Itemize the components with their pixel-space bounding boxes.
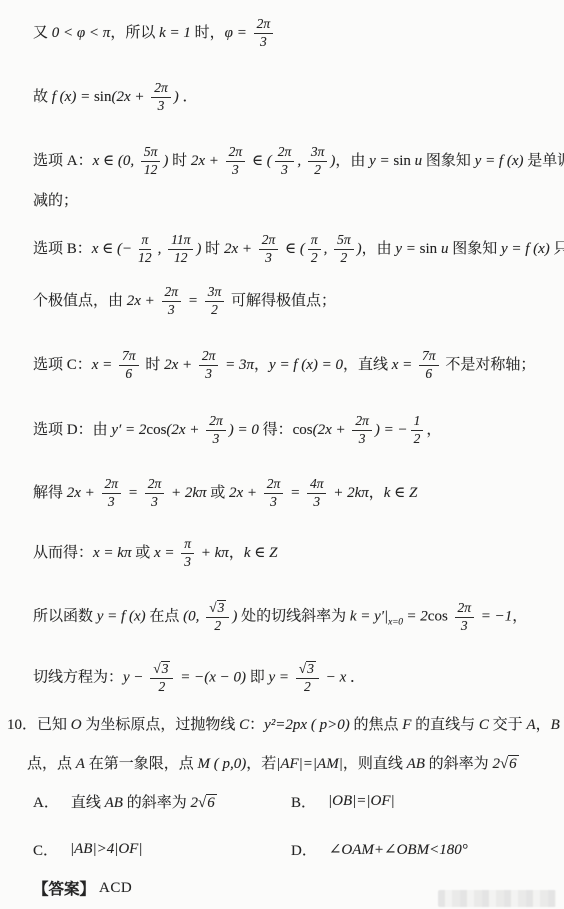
fraction: 7π6 (119, 349, 139, 382)
fraction-denominator: 2 (156, 679, 169, 695)
text-run: ，由 (362, 240, 396, 256)
fraction: 2π3 (151, 81, 171, 114)
fraction: 5π2 (334, 233, 354, 266)
text-run: 的斜率为 (425, 756, 493, 772)
fraction-numerator: 2π (206, 414, 226, 431)
math-run: |OB|=|OF| (328, 793, 395, 809)
line-option-b-cont: 个极值点，由 2x + 2π3 = 3π2 可解得极值点； (33, 278, 558, 324)
fraction-denominator: 3 (181, 554, 194, 570)
radical-sign-icon: √ (209, 601, 216, 616)
fraction-numerator: 2π (254, 17, 274, 34)
math-run: ∈ ( (281, 240, 305, 256)
fraction-numerator: 11π (168, 233, 193, 250)
option-label: B． (291, 791, 316, 812)
math-run: x = (392, 356, 416, 372)
text-run: sin (420, 240, 441, 256)
math-run: , (158, 240, 166, 256)
fraction: √32 (206, 600, 229, 634)
math-run: k ∈ Z (244, 544, 278, 560)
text-run: cos (428, 608, 452, 624)
sqrt-expression: 2√6 (492, 755, 518, 772)
fraction: 2π3 (455, 601, 475, 634)
text-run: 又 (33, 24, 52, 40)
fraction: 2π3 (254, 17, 274, 50)
fraction: 4π3 (307, 477, 327, 510)
line-tangent-equation: 切线方程为：y − √32 = −(x − 0) 即 y = √32 − x ． (33, 654, 558, 702)
text-run: 选项 A： (33, 152, 93, 168)
math-run: − x (322, 669, 346, 685)
math-run: B (551, 717, 560, 733)
math-run: y − (123, 669, 147, 685)
option-d: D．∠OAM+∠OBM<180° (291, 832, 558, 866)
radical-sign-icon: √ (299, 662, 306, 677)
math-run: 2x + (164, 356, 196, 372)
fraction: 2π3 (259, 233, 279, 266)
math-run: x ∈ (0, (93, 152, 138, 168)
fraction-numerator: 2π (275, 145, 295, 162)
math-run: C (479, 717, 489, 733)
math-run: + kπ (197, 544, 229, 560)
math-run: y = f (x) (475, 152, 524, 168)
line-x-solutions: 从而得：x = kπ 或 x = π3 + kπ，k ∈ Z (33, 530, 558, 576)
text-run: 的直线与 (411, 717, 479, 733)
fraction-denominator: 12 (141, 162, 161, 178)
radicand: 3 (161, 661, 171, 677)
math-run: |AB|>4|OF| (70, 841, 142, 857)
math-run: + 2kπ (329, 484, 368, 500)
fraction-numerator: √3 (296, 661, 319, 679)
line-content: |AB|>4|OF| (70, 841, 142, 858)
math-run: C (239, 717, 249, 733)
math-run: = (124, 484, 142, 500)
line-content: 个极值点，由 2x + 2π3 = 3π2 可解得极值点； (33, 285, 336, 318)
fraction-denominator: 2 (211, 618, 224, 634)
fraction-denominator: 3 (257, 34, 270, 50)
math-run: A (76, 756, 85, 772)
fraction: 12 (411, 414, 424, 447)
fraction-denominator: 3 (278, 162, 291, 178)
fraction: 2π3 (352, 414, 372, 447)
text-run: sin (94, 88, 112, 104)
line-phi-solution: 又 0 < φ < π，所以 k = 1 时，φ = 2π3 (33, 10, 558, 56)
math-run: x ∈ (− (92, 240, 132, 256)
radical-sign-icon: √ (198, 795, 206, 811)
radicand: 6 (206, 794, 217, 811)
fraction-numerator: 3π (205, 285, 225, 302)
text-run: 时 (168, 152, 191, 168)
math-run: = 3π (221, 356, 254, 372)
math-run: φ = (225, 24, 251, 40)
fraction-numerator: √3 (150, 661, 173, 679)
math-run: F (402, 717, 411, 733)
text-run: ， (512, 608, 527, 624)
line-content: 从而得：x = kπ 或 x = π3 + kπ，k ∈ Z (33, 537, 277, 570)
math-run: x = kπ (93, 544, 131, 560)
text-run: 时 (201, 240, 224, 256)
text-run: ． (346, 669, 365, 685)
math-run: M ( p,0) (197, 756, 246, 772)
math-run: + 2kπ (167, 484, 206, 500)
fraction-numerator: 7π (119, 349, 139, 366)
line-content: 点，点 A 在第一象限，点 M ( p,0)，若|AF|=|AM|，则直线 AB… (27, 752, 519, 773)
math-run: ∠OAM+∠OBM<180° (329, 842, 468, 858)
math-run: O (71, 717, 82, 733)
sqrt-coefficient: 2 (190, 795, 198, 811)
fraction: π12 (135, 233, 155, 266)
text-run: 处的切线斜率为 (237, 608, 350, 624)
math-run: k = y′| (350, 608, 388, 624)
math-run: AB (407, 756, 425, 772)
math-run: A (526, 717, 535, 733)
fraction-numerator: 5π (141, 145, 161, 162)
text-run: 即 (246, 669, 269, 685)
math-run: y = (369, 152, 393, 168)
fraction-numerator: 2π (226, 145, 246, 162)
fraction: 11π12 (168, 233, 193, 266)
math-run: ∈ ( (248, 152, 272, 168)
text-run: 从而得： (33, 544, 93, 560)
text-run: ，所以 (110, 24, 159, 40)
text-run: 10．已知 (7, 717, 71, 733)
math-run: 2x + (229, 484, 261, 500)
text-run: 个极值点，由 (33, 292, 127, 308)
math-run: y = (269, 669, 293, 685)
math-run: k = 1 (159, 24, 191, 40)
math-run: = −(x − 0) (176, 669, 246, 685)
fraction-numerator: π (181, 537, 194, 554)
line-content: 切线方程为：y − √32 = −(x − 0) 即 y = √32 − x ． (33, 661, 365, 695)
fraction-denominator: 3 (165, 302, 178, 318)
line-content: 减的； (33, 189, 78, 210)
text-run: 是单调递 (524, 152, 564, 168)
math-run: k ∈ Z (384, 484, 418, 500)
math-run: 2x + (224, 240, 256, 256)
fraction-numerator: 2π (199, 349, 219, 366)
text-run: 得： (259, 421, 293, 437)
fraction-numerator: 2π (352, 414, 372, 431)
line-option-a-cont: 减的； (33, 188, 558, 210)
line-content: 直线 AB 的斜率为 2√6 (71, 791, 217, 812)
fraction-denominator: 6 (122, 366, 135, 382)
option-label: D． (291, 839, 317, 860)
fraction-denominator: 3 (262, 250, 275, 266)
text-run: 在点 (146, 608, 184, 624)
text-run: 两 (560, 717, 564, 733)
text-run: ， (229, 544, 244, 560)
fraction: √32 (150, 661, 173, 695)
document-body: 又 0 < φ < π，所以 k = 1 时，φ = 2π3故 f (x) = … (0, 0, 564, 900)
fraction-denominator: 3 (210, 431, 223, 447)
fraction-denominator: 3 (148, 494, 161, 510)
fraction-numerator: 5π (334, 233, 354, 250)
text-run: ，由 (335, 152, 369, 168)
text-run: 减的； (33, 193, 78, 209)
option-label: C． (33, 839, 58, 860)
text-run: 为坐标原点，过抛物线 (82, 717, 240, 733)
line-solve-equation: 解得 2x + 2π3 = 2π3 + 2kπ 或 2x + 2π3 = 4π3… (33, 470, 558, 516)
fraction-numerator: 2π (162, 285, 182, 302)
math-run: ) = − (375, 421, 408, 437)
fraction: 2π3 (145, 477, 165, 510)
text-run: 或 (131, 544, 154, 560)
fraction: 2π3 (199, 349, 219, 382)
math-run: 0 < φ < π (52, 24, 111, 40)
option-label: A． (33, 791, 59, 812)
line-content: ∠OAM+∠OBM<180° (329, 840, 468, 859)
text-run: 选项 B： (33, 240, 92, 256)
line-option-a: 选项 A：x ∈ (0, 5π12) 时 2x + 2π3 ∈ (2π3, 3π… (33, 136, 558, 186)
text-run: 故 (33, 88, 52, 104)
math-run: (2x + (313, 421, 350, 437)
fraction: 2π3 (206, 414, 226, 447)
text-run: 时， (191, 24, 225, 40)
subscript: x=0 (388, 617, 402, 627)
math-run: = 2 (403, 608, 428, 624)
fraction-numerator: 2π (264, 477, 284, 494)
fraction: √32 (296, 661, 319, 695)
text-run: 所以函数 (33, 608, 97, 624)
radicand: 3 (217, 600, 227, 616)
text-run: 选项 D：由 (33, 421, 111, 437)
fraction-numerator: 4π (307, 477, 327, 494)
fraction-denominator: 3 (229, 162, 242, 178)
text-run: ． (179, 88, 198, 104)
option-b: B．|OB|=|OF| (291, 784, 558, 818)
math-run: , (324, 240, 332, 256)
math-run: = (286, 484, 304, 500)
math-run: y = f (x) (501, 240, 550, 256)
fraction-denominator: 2 (308, 250, 321, 266)
math-run: y = f (x) = 0 (269, 356, 343, 372)
fraction: 7π6 (419, 349, 439, 382)
math-run: , (297, 152, 305, 168)
line-content: 选项 A：x ∈ (0, 5π12) 时 2x + 2π3 ∈ (2π3, 3π… (33, 145, 564, 178)
text-run: cos (293, 421, 313, 437)
text-run: ： (249, 717, 264, 733)
text-run: 的焦点 (350, 717, 403, 733)
math-run: 2x + (67, 484, 99, 500)
fraction: 2π3 (275, 145, 295, 178)
text-run: ，直线 (343, 356, 392, 372)
fraction: π2 (308, 233, 321, 266)
text-run: 或 (207, 484, 230, 500)
line-content: 10．已知 O 为坐标原点，过抛物线 C：y²=2px ( p>0) 的焦点 F… (7, 713, 564, 734)
fraction: 5π12 (141, 145, 161, 178)
line-option-b: 选项 B：x ∈ (−π12, 11π12) 时 2x + 2π3 ∈ (π2,… (33, 224, 558, 274)
text-run: 直线 (71, 795, 105, 811)
text-run: 在第一象限，点 (85, 756, 198, 772)
blurred-watermark (438, 890, 556, 907)
text-run: ，若 (246, 756, 276, 772)
option-a: A．直线 AB 的斜率为 2√6 (33, 784, 291, 818)
math-run: (2x + (111, 88, 148, 104)
fraction-numerator: 2π (151, 81, 171, 98)
fraction-denominator: 3 (267, 494, 280, 510)
fraction-numerator: 7π (419, 349, 439, 366)
line-question-10-cont: 点，点 A 在第一象限，点 M ( p,0)，若|AF|=|AM|，则直线 AB… (27, 746, 558, 778)
math-run: AB (105, 795, 123, 811)
line-question-10: 10．已知 O 为坐标原点，过抛物线 C：y²=2px ( p>0) 的焦点 F… (7, 708, 558, 738)
line-content: 又 0 < φ < π，所以 k = 1 时，φ = 2π3 (33, 17, 276, 50)
question-10-options: A．直线 AB 的斜率为 2√6B．|OB|=|OF|C．|AB|>4|OF|D… (33, 784, 558, 866)
fraction-numerator: 2π (259, 233, 279, 250)
math-run: y′ = 2 (111, 421, 146, 437)
radical-sign-icon: √ (153, 662, 160, 677)
line-content: 所以函数 y = f (x) 在点 (0, √32) 处的切线斜率为 k = y… (33, 600, 527, 634)
text-run: 时 (142, 356, 165, 372)
fraction-denominator: 6 (422, 366, 435, 382)
text-run: 解得 (33, 484, 67, 500)
line-content: 选项 D：由 y′ = 2cos(2x + 2π3) = 0 得：cos(2x … (33, 414, 441, 447)
text-run: 可解得极值点； (227, 292, 336, 308)
line-content: 选项 C：x = 7π6 时 2x + 2π3 = 3π，y = f (x) =… (33, 349, 535, 382)
math-run: |AF|=|AM| (276, 756, 343, 772)
fraction-numerator: π (308, 233, 321, 250)
text-run: 交于 (489, 717, 527, 733)
math-run: = −1 (477, 608, 512, 624)
math-run: y = f (x) (97, 608, 146, 624)
math-run: (2x + (166, 421, 203, 437)
fraction-denominator: 3 (458, 618, 471, 634)
fraction-numerator: 2π (455, 601, 475, 618)
text-run: 的斜率为 (123, 795, 191, 811)
text-run: cos (146, 421, 166, 437)
fraction-denominator: 3 (202, 366, 215, 382)
fraction-denominator: 2 (411, 431, 424, 447)
answer-value: ACD (99, 880, 132, 897)
radicand: 6 (508, 755, 519, 772)
fraction-numerator: 1 (411, 414, 424, 431)
math-run: 2x + (191, 152, 223, 168)
sqrt-expression: 2√6 (190, 794, 216, 811)
text-run: ， (536, 717, 551, 733)
line-content: 解得 2x + 2π3 = 2π3 + 2kπ 或 2x + 2π3 = 4π3… (33, 477, 417, 510)
text-run: 不是对称轴； (442, 356, 536, 372)
fraction: π3 (181, 537, 194, 570)
option-c: C．|AB|>4|OF| (33, 832, 291, 866)
radicand: 3 (306, 661, 316, 677)
sqrt-coefficient: 2 (492, 756, 500, 772)
fraction-denominator: 2 (208, 302, 221, 318)
fraction: 2π3 (162, 285, 182, 318)
fraction-numerator: 3π (308, 145, 328, 162)
fraction-denominator: 2 (301, 679, 314, 695)
text-run: 只有 1 (550, 240, 564, 256)
math-run: ) = 0 (229, 421, 259, 437)
answer-prefix: 【答案】 (33, 877, 95, 899)
fraction-denominator: 3 (105, 494, 118, 510)
line-content: 故 f (x) = sin(2x + 2π3) ． (33, 81, 198, 114)
text-run: 图象知 (448, 240, 501, 256)
math-run: f (x) = (52, 88, 94, 104)
fraction-denominator: 3 (356, 431, 369, 447)
text-run: ， (254, 356, 269, 372)
math-run: x = (154, 544, 178, 560)
math-run: y²=2px ( p>0) (264, 717, 350, 733)
fraction: 2π3 (102, 477, 122, 510)
text-run: 选项 C： (33, 356, 92, 372)
text-run: ，则直线 (343, 756, 407, 772)
line-tangent-slope: 所以函数 y = f (x) 在点 (0, √32) 处的切线斜率为 k = y… (33, 592, 558, 642)
fraction-denominator: 3 (310, 494, 323, 510)
math-run: 2x + (127, 292, 159, 308)
fraction: 2π3 (264, 477, 284, 510)
text-run: sin (393, 152, 414, 168)
math-run: (0, (183, 608, 203, 624)
text-run: ， (369, 484, 384, 500)
fraction-denominator: 3 (155, 98, 168, 114)
line-option-d: 选项 D：由 y′ = 2cos(2x + 2π3) = 0 得：cos(2x … (33, 406, 558, 454)
fraction-numerator: √3 (206, 600, 229, 618)
line-fx-definition: 故 f (x) = sin(2x + 2π3) ． (33, 74, 558, 120)
line-content: |OB|=|OF| (328, 793, 395, 810)
fraction-denominator: 12 (171, 250, 191, 266)
text-run: ， (426, 421, 441, 437)
fraction: 3π2 (308, 145, 328, 178)
fraction: 2π3 (226, 145, 246, 178)
fraction-denominator: 12 (135, 250, 155, 266)
math-run: y = (395, 240, 419, 256)
line-option-c: 选项 C：x = 7π6 时 2x + 2π3 = 3π，y = f (x) =… (33, 342, 558, 388)
fraction-numerator: 2π (145, 477, 165, 494)
fraction-numerator: π (139, 233, 152, 250)
math-run: = (184, 292, 202, 308)
line-content: 选项 B：x ∈ (−π12, 11π12) 时 2x + 2π3 ∈ (π2,… (33, 233, 564, 266)
text-run: 点，点 (27, 756, 76, 772)
fraction-denominator: 2 (311, 162, 324, 178)
fraction-numerator: 2π (102, 477, 122, 494)
fraction-denominator: 2 (337, 250, 350, 266)
math-run: x = (92, 356, 116, 372)
solution-lines: 又 0 < φ < π，所以 k = 1 时，φ = 2π3故 f (x) = … (33, 10, 558, 778)
text-run: 图象知 (422, 152, 475, 168)
fraction: 3π2 (205, 285, 225, 318)
text-run: 切线方程为： (33, 669, 123, 685)
radical-sign-icon: √ (500, 756, 508, 772)
